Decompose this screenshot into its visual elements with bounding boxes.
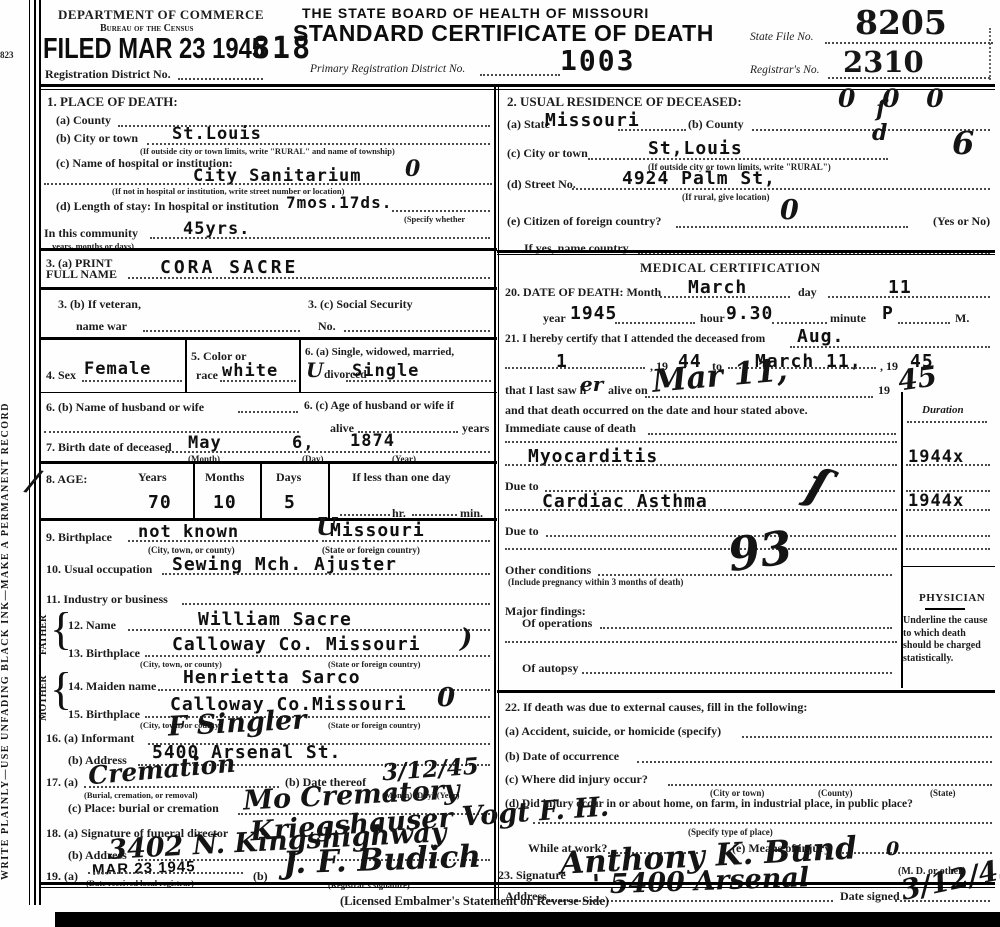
frame-line bbox=[34, 0, 36, 905]
dotted-line bbox=[340, 514, 390, 516]
sex-value: Female bbox=[84, 359, 151, 379]
age-years-value: 70 bbox=[148, 492, 172, 513]
years-suffix: years bbox=[462, 421, 489, 436]
dotted-line bbox=[637, 761, 992, 763]
registrar-signature: J. F. Budich bbox=[282, 839, 481, 882]
street-hint: (If rural, give location) bbox=[682, 192, 769, 202]
date-of-death-label: 20. DATE OF DEATH: Month bbox=[505, 285, 661, 300]
dotted-line bbox=[82, 380, 182, 382]
pen-mark: ſ bbox=[876, 96, 885, 122]
residence-title: 2. USUAL RESIDENCE OF DECEASED: bbox=[507, 94, 742, 110]
residence-city-value: St,Louis bbox=[648, 138, 743, 159]
pen-mark: 0 bbox=[780, 195, 799, 226]
dotted-line bbox=[895, 900, 990, 902]
cause2-duration: 1944x bbox=[908, 491, 964, 511]
community-label: In this community bbox=[44, 226, 138, 241]
rule bbox=[925, 608, 965, 610]
dotted-line bbox=[906, 535, 990, 537]
state-foreign-hint: (State or foreign country) bbox=[328, 720, 420, 730]
death-day-value: 11 bbox=[888, 277, 912, 298]
occupation-value: Sewing Mch. Ajuster bbox=[172, 554, 397, 575]
injury-home-label: (d) Did injury occur in or about home, o… bbox=[505, 798, 913, 810]
birth-month-value: May bbox=[188, 433, 222, 453]
dotted-line bbox=[828, 77, 990, 79]
dotted-line bbox=[238, 411, 298, 413]
received-stamp: MAR 23 1945 bbox=[92, 858, 196, 879]
place-of-death-title: 1. PLACE OF DEATH: bbox=[47, 94, 178, 110]
attended-from-month: Aug. bbox=[797, 326, 844, 347]
column-divider bbox=[494, 84, 496, 904]
sex-label: 4. Sex bbox=[46, 368, 76, 383]
dotted-line bbox=[582, 672, 892, 674]
dotted-line bbox=[505, 509, 897, 511]
other-conditions-label: Other conditions bbox=[505, 563, 591, 578]
death-month-value: March bbox=[688, 277, 747, 298]
registration-district-label: Registration District No. bbox=[45, 67, 171, 82]
state-hint: (State) bbox=[930, 788, 956, 798]
rule bbox=[40, 248, 497, 251]
dotted-line bbox=[618, 129, 686, 131]
pen-mark: 0 bbox=[437, 683, 455, 713]
dotted-line bbox=[150, 237, 490, 239]
m-label: M. bbox=[955, 311, 969, 326]
father-name-label: 12. Name bbox=[68, 618, 116, 633]
date-signed-value: 3/12/45 bbox=[898, 850, 1000, 907]
rule bbox=[497, 690, 995, 693]
injury-where-label: (c) Where did injury occur? bbox=[505, 772, 648, 787]
informant-signature: F Singler bbox=[167, 704, 307, 742]
edge-mark bbox=[989, 28, 991, 80]
dotted-line bbox=[182, 603, 490, 605]
dotted-line bbox=[346, 380, 491, 382]
immediate-cause-label: Immediate cause of death bbox=[505, 421, 636, 436]
rule bbox=[40, 887, 995, 888]
dotted-line bbox=[165, 451, 490, 453]
pen-mark: U bbox=[306, 358, 323, 382]
mother-name-value: Henrietta Sarco bbox=[183, 667, 361, 688]
dotted-line bbox=[825, 42, 993, 44]
last-saw-label: that I last saw h bbox=[505, 383, 586, 398]
duration-header: Duration bbox=[922, 404, 964, 416]
dotted-line bbox=[906, 464, 990, 466]
specify-hint: (Specify whether bbox=[404, 214, 465, 224]
alive-on-label: alive on bbox=[608, 383, 648, 398]
rule bbox=[40, 882, 995, 885]
dotted-line bbox=[128, 629, 490, 631]
dotted-line bbox=[645, 396, 873, 398]
pen-mark: 0 bbox=[405, 156, 420, 182]
race-label: race bbox=[196, 368, 218, 383]
board-title: THE STATE BOARD OF HEALTH OF MISSOURI bbox=[302, 5, 649, 21]
informant-label: 16. (a) Informant bbox=[46, 731, 134, 746]
medical-certification-title: MEDICAL CERTIFICATION bbox=[640, 260, 821, 276]
dotted-line bbox=[505, 641, 897, 643]
rule bbox=[40, 287, 497, 290]
ssn-no-label: No. bbox=[318, 319, 336, 334]
dotted-line bbox=[162, 573, 490, 575]
dotted-line bbox=[44, 431, 299, 433]
dotted-line bbox=[322, 540, 490, 542]
dotted-line bbox=[648, 433, 896, 435]
community-value: 45yrs. bbox=[183, 219, 250, 239]
dotted-line bbox=[790, 346, 990, 348]
dotted-line bbox=[505, 464, 897, 466]
dotted-line bbox=[480, 74, 560, 76]
dotted-line bbox=[392, 210, 490, 212]
dotted-line bbox=[842, 852, 992, 854]
marital-label: 6. (a) Single, widowed, married, bbox=[305, 346, 454, 358]
birthplace-value: not known bbox=[138, 522, 239, 542]
street-value: 4924 Palm St, bbox=[622, 168, 776, 189]
primary-district-label: Primary Registration District No. bbox=[310, 63, 465, 75]
city-or-town-hint: (City or town) bbox=[710, 788, 764, 798]
autopsy-label: Of autopsy bbox=[522, 661, 578, 676]
ssn-label: 3. (c) Social Security bbox=[308, 297, 413, 312]
yr3-label: 19 bbox=[878, 383, 890, 398]
cell-divider bbox=[193, 461, 195, 518]
dotted-line bbox=[546, 535, 896, 537]
age-title: 8. AGE: bbox=[46, 472, 87, 487]
father-name-value: William Sacre bbox=[198, 609, 352, 630]
rule bbox=[40, 461, 497, 464]
death-minute-value: P bbox=[882, 303, 894, 324]
disposition-hint: (Burial, cremation, or removal) bbox=[84, 790, 198, 800]
length-of-stay-label: (d) Length of stay: In hospital or insti… bbox=[56, 199, 279, 214]
dotted-line bbox=[128, 540, 318, 542]
county-label: (a) County bbox=[56, 113, 111, 128]
residence-city-label: (c) City or town bbox=[507, 146, 588, 161]
filed-stamp: FILED MAR 23 1945 bbox=[43, 33, 265, 66]
margin-note: WRITE PLAINLY—USE UNFADING BLACK INK—MAK… bbox=[0, 110, 11, 880]
citizen-label: (e) Citizen of foreign country? bbox=[507, 214, 661, 229]
primary-district-value: 1003 bbox=[560, 44, 635, 77]
dotted-line bbox=[145, 655, 490, 657]
dotted-line bbox=[533, 822, 992, 824]
father-birthplace-label: 13. Birthplace bbox=[68, 646, 140, 661]
age-days-label: Days bbox=[276, 470, 301, 485]
frame-line bbox=[39, 0, 41, 905]
cell-divider bbox=[185, 340, 187, 392]
marital-value: Single bbox=[352, 361, 419, 381]
rule bbox=[497, 250, 995, 253]
external-causes-title: 22. If death was due to external causes,… bbox=[505, 700, 807, 715]
dotted-line bbox=[44, 183, 492, 185]
rule bbox=[40, 518, 497, 521]
father-birthplace-value: Calloway Co. Missouri bbox=[172, 634, 421, 655]
veteran-label: 3. (b) If veteran, bbox=[58, 297, 141, 312]
pen-mark: 0 0 0 bbox=[838, 84, 953, 113]
name-war-label: name war bbox=[76, 319, 127, 334]
cell-divider bbox=[260, 461, 262, 518]
dotted-line bbox=[828, 296, 990, 298]
dotted-line bbox=[898, 322, 950, 324]
street-label: (d) Street No. bbox=[507, 177, 576, 192]
occurrence-date-label: (b) Date of occurrence bbox=[505, 749, 619, 764]
birth-day-value: 6, bbox=[292, 433, 314, 453]
rule bbox=[901, 566, 995, 567]
dotted-line bbox=[588, 158, 888, 160]
occurred-label: and that death occurred on the date and … bbox=[505, 403, 808, 418]
residence-state-value: Missouri bbox=[545, 110, 640, 131]
rule bbox=[40, 337, 497, 340]
due-to-label: Due to bbox=[505, 479, 539, 494]
dotted-line bbox=[344, 330, 490, 332]
dotted-line bbox=[505, 548, 897, 550]
dotted-line bbox=[660, 296, 790, 298]
dotted-line bbox=[178, 78, 263, 80]
embalmer-note: (Licensed Embalmer's Statement on Revers… bbox=[340, 894, 609, 909]
attended-label: 21. I hereby certify that I attended the… bbox=[505, 333, 765, 345]
death-certificate-document: 823 WRITE PLAINLY—USE UNFADING BLACK INK… bbox=[0, 0, 1000, 927]
last-saw-date: Mar 11, bbox=[651, 352, 789, 400]
margin-number: 823 bbox=[0, 50, 14, 60]
birth-year-value: 1874 bbox=[350, 431, 395, 451]
rule bbox=[497, 254, 995, 255]
dotted-line bbox=[907, 421, 987, 423]
day-label: day bbox=[798, 285, 817, 300]
yes-no-hint: (Yes or No) bbox=[933, 214, 990, 229]
dotted-line bbox=[906, 509, 990, 511]
pen-mark: 0 bbox=[886, 838, 899, 860]
dotted-line bbox=[128, 277, 490, 279]
dotted-line bbox=[906, 548, 990, 550]
registrar-number-label: Registrar's No. bbox=[750, 64, 820, 76]
occupation-label: 10. Usual occupation bbox=[46, 562, 152, 577]
year-label: year bbox=[543, 311, 566, 326]
spouse-age-label: 6. (c) Age of husband or wife if bbox=[304, 400, 454, 412]
pen-mark: 93 bbox=[725, 520, 796, 582]
dotted-line bbox=[412, 514, 457, 516]
dotted-line bbox=[668, 784, 992, 786]
father-group-label: FATHER bbox=[38, 607, 49, 655]
cell-divider bbox=[328, 461, 330, 518]
age-months-value: 10 bbox=[213, 492, 237, 513]
age-years-label: Years bbox=[138, 470, 167, 485]
mother-name-label: 14. Maiden name bbox=[68, 679, 156, 694]
city-label: (b) City or town bbox=[56, 131, 138, 146]
frame-line bbox=[29, 0, 30, 905]
city-value: St.Louis bbox=[172, 124, 262, 144]
dotted-line bbox=[505, 367, 645, 369]
dotted-line bbox=[505, 441, 897, 443]
operations-label: Of operations bbox=[522, 616, 592, 631]
physician-note: Underline the cause to which death shoul… bbox=[903, 615, 993, 665]
accident-label: (a) Accident, suicide, or homicide (spec… bbox=[505, 724, 721, 739]
county-hint: (County) bbox=[818, 788, 853, 798]
rule bbox=[40, 392, 497, 393]
dotted-line bbox=[572, 188, 990, 190]
other-conditions-hint: (Include pregnancy within 3 months of de… bbox=[508, 577, 683, 587]
department-title: DEPARTMENT OF COMMERCE bbox=[58, 7, 264, 23]
dotted-line bbox=[88, 872, 243, 874]
full-name-label: FULL NAME bbox=[46, 267, 117, 282]
death-hour-value: 9.30 bbox=[726, 303, 773, 324]
minute-label: minute bbox=[830, 311, 866, 326]
full-name-value: CORA SACRE bbox=[160, 257, 298, 278]
hour-label: hour bbox=[700, 311, 725, 326]
residence-county-label: (b) County bbox=[688, 117, 744, 132]
pen-mark: ) bbox=[460, 624, 472, 654]
dotted-line bbox=[220, 380, 296, 382]
dotted-line bbox=[742, 736, 992, 738]
certificate-title: STANDARD CERTIFICATE OF DEATH bbox=[293, 20, 714, 47]
physician-signature-label: 23. Signature bbox=[498, 868, 566, 883]
dotted-line bbox=[600, 627, 892, 629]
pen-mark: er bbox=[580, 372, 603, 396]
birthplace-label: 9. Birthplace bbox=[46, 530, 112, 545]
birth-date-label: 7. Birth date of deceased bbox=[46, 440, 172, 455]
column-divider bbox=[498, 84, 499, 904]
dotted-line bbox=[143, 330, 300, 332]
city-hint: (If outside city or town limits, write "… bbox=[140, 146, 395, 156]
death-year-value: 1945 bbox=[570, 303, 617, 324]
state-file-number: 8205 bbox=[855, 3, 947, 42]
age-months-label: Months bbox=[205, 470, 244, 485]
race-value: white bbox=[222, 361, 278, 381]
mother-birthplace-label: 15. Birthplace bbox=[68, 707, 140, 722]
less-than-day-label: If less than one day bbox=[352, 470, 451, 485]
pen-mark: d bbox=[872, 120, 887, 146]
husband-label: 6. (b) Name of husband or wife bbox=[46, 400, 204, 415]
registrar-number-value: 2310 bbox=[843, 45, 924, 79]
age-days-value: 5 bbox=[284, 492, 296, 513]
residence-state-label: (a) State bbox=[507, 117, 550, 132]
physician-title: PHYSICIAN bbox=[919, 592, 985, 604]
dotted-line bbox=[772, 322, 827, 324]
state-file-label: State File No. bbox=[750, 31, 814, 43]
pen-mark: 6 bbox=[952, 124, 974, 162]
dotted-line bbox=[676, 226, 908, 228]
scan-edge-bar bbox=[55, 912, 1000, 927]
date-signed-label: Date signed bbox=[840, 889, 900, 904]
length-of-stay-value: 7mos.17ds. bbox=[286, 193, 392, 212]
dotted-line bbox=[615, 322, 695, 324]
dotted-line bbox=[147, 143, 490, 145]
due-to2-label: Due to bbox=[505, 524, 539, 539]
disposition-label: 17. (a) bbox=[46, 775, 78, 790]
mother-group-label: MOTHER bbox=[38, 666, 49, 721]
cell-divider bbox=[299, 340, 301, 392]
burial-place-label: (c) Place: burial or cremation bbox=[68, 801, 219, 816]
birthplace-state-value: Missouri bbox=[330, 520, 425, 541]
